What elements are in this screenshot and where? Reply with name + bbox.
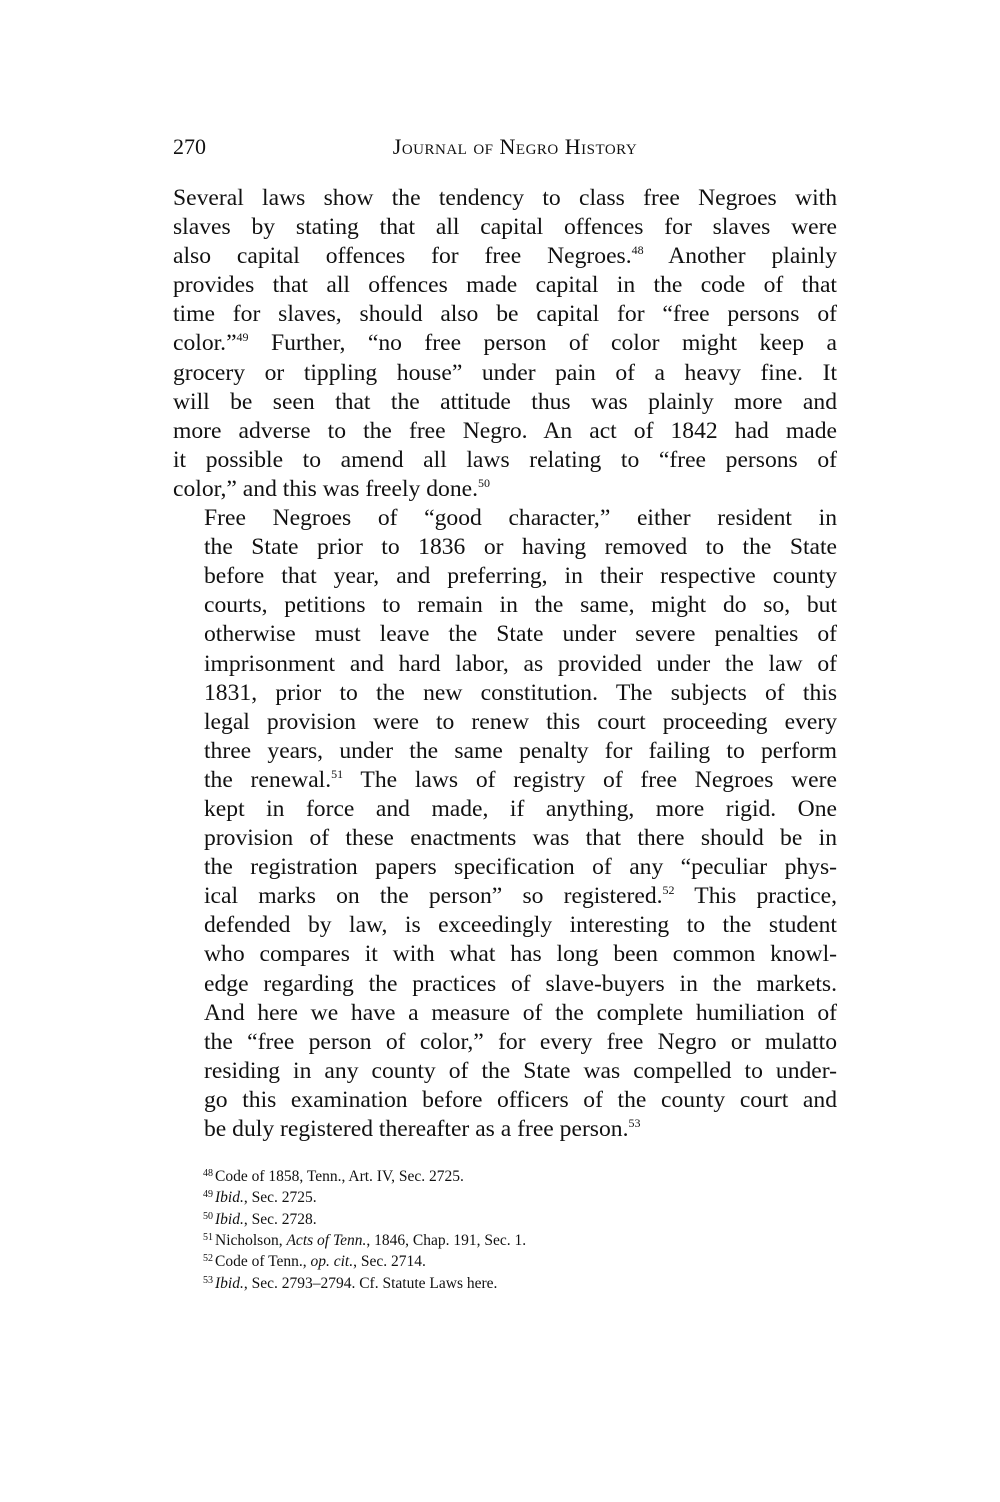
running-head: 270 Journal of Negro History [173, 132, 837, 162]
text-line: more adverse to the free Negro. An act o… [173, 417, 837, 446]
footnote-italic-text: Ibid. [215, 1211, 244, 1228]
footnote-text: , Sec. 2725. [244, 1189, 317, 1206]
footnote-text: , Sec. 2714. [353, 1253, 426, 1270]
text-line: And here we have a measure of the comple… [173, 999, 837, 1028]
text-line: three years, under the same penalty for … [173, 737, 837, 766]
text-line: the registration papers specification of… [173, 853, 837, 882]
footnote-52: 52Code of Tenn., op. cit., Sec. 2714. [203, 1251, 837, 1272]
footnote-number: 48 [203, 1168, 213, 1179]
text-line: otherwise must leave the State under sev… [173, 620, 837, 649]
footnote-italic-text: op. cit. [311, 1253, 354, 1270]
text-line: go this examination before officers of t… [173, 1086, 837, 1115]
text-line: color.”49 Further, “no free person of co… [173, 329, 837, 358]
footnote-reference[interactable]: 51 [331, 767, 343, 781]
text-line: defended by law, is exceedingly interest… [173, 911, 837, 940]
text-line: will be seen that the attitude thus was … [173, 388, 837, 417]
text-line: edge regarding the practices of slave-bu… [173, 970, 837, 999]
text-line: the “free person of color,” for every fr… [173, 1028, 837, 1057]
footnote-italic-text: Ibid. [215, 1189, 244, 1206]
text-line: the renewal.51 The laws of registry of f… [173, 766, 837, 795]
text-line: also capital offences for free Negroes.4… [173, 242, 837, 271]
paragraph-2: Free Negroes of “good character,” either… [173, 504, 837, 1144]
text-line: 1831, prior to the new constitution. The… [173, 679, 837, 708]
footnote-number: 49 [203, 1189, 213, 1200]
text-line: residing in any county of the State was … [173, 1057, 837, 1086]
footnote-text: Code of Tenn., [215, 1253, 311, 1270]
text-line: be duly registered thereafter as a free … [173, 1115, 837, 1144]
text-line: before that year, and preferring, in the… [173, 562, 837, 591]
text-line: ical marks on the person” so registered.… [173, 882, 837, 911]
text-line: time for slaves, should also be capital … [173, 300, 837, 329]
text-line: it possible to amend all laws relating t… [173, 446, 837, 475]
footnote-48: 48Code of 1858, Tenn., Art. IV, Sec. 272… [203, 1166, 837, 1187]
paragraph-1: Several laws show the tendency to class … [173, 184, 837, 504]
text-line: grocery or tippling house” under pain of… [173, 359, 837, 388]
footnote-reference[interactable]: 50 [478, 476, 490, 490]
text-line: legal provision were to renew this court… [173, 708, 837, 737]
text-line: provision of these enactments was that t… [173, 824, 837, 853]
footnote-italic-text: Ibid. [215, 1275, 244, 1292]
footnote-reference[interactable]: 49 [237, 330, 249, 344]
footnote-number: 53 [203, 1275, 213, 1286]
text-line: imprisonment and hard labor, as provided… [173, 650, 837, 679]
footnote-text: , Sec. 2793–2794. Cf. Statute Laws here. [244, 1275, 498, 1292]
text-line: Several laws show the tendency to class … [173, 184, 837, 213]
text-line: provides that all offences made capital … [173, 271, 837, 300]
text-line: Free Negroes of “good character,” either… [173, 504, 837, 533]
footnote-text: Nicholson, [215, 1232, 286, 1249]
text-line: the State prior to 1836 or having remove… [173, 533, 837, 562]
footnote-reference[interactable]: 52 [663, 883, 675, 897]
footnote-text: Code of 1858, Tenn., Art. IV, Sec. 2725. [215, 1168, 464, 1185]
text-line: kept in force and made, if anything, mor… [173, 795, 837, 824]
footnote-53: 53Ibid., Sec. 2793–2794. Cf. Statute Law… [203, 1273, 837, 1294]
footnotes: 48Code of 1858, Tenn., Art. IV, Sec. 272… [173, 1166, 837, 1294]
text-line: courts, petitions to remain in the same,… [173, 591, 837, 620]
footnote-italic-text: Acts of Tenn. [286, 1232, 366, 1249]
document-page: 270 Journal of Negro History Several law… [173, 132, 837, 1294]
footnote-number: 52 [203, 1253, 213, 1264]
text-line: color,” and this was freely done.50 [173, 475, 837, 504]
footnote-number: 51 [203, 1232, 213, 1243]
text-line: slaves by stating that all capital offen… [173, 213, 837, 242]
body-text: Several laws show the tendency to class … [173, 184, 837, 1144]
footnote-reference[interactable]: 48 [632, 243, 644, 257]
text-line: who compares it with what has long been … [173, 940, 837, 969]
footnote-text: , Sec. 2728. [244, 1211, 317, 1228]
footnote-49: 49Ibid., Sec. 2725. [203, 1187, 837, 1208]
footnote-reference[interactable]: 53 [628, 1116, 640, 1130]
footnote-50: 50Ibid., Sec. 2728. [203, 1209, 837, 1230]
journal-title: Journal of Negro History [173, 132, 837, 162]
footnote-51: 51Nicholson, Acts of Tenn., 1846, Chap. … [203, 1230, 837, 1251]
footnote-number: 50 [203, 1211, 213, 1222]
footnote-text: , 1846, Chap. 191, Sec. 1. [366, 1232, 526, 1249]
